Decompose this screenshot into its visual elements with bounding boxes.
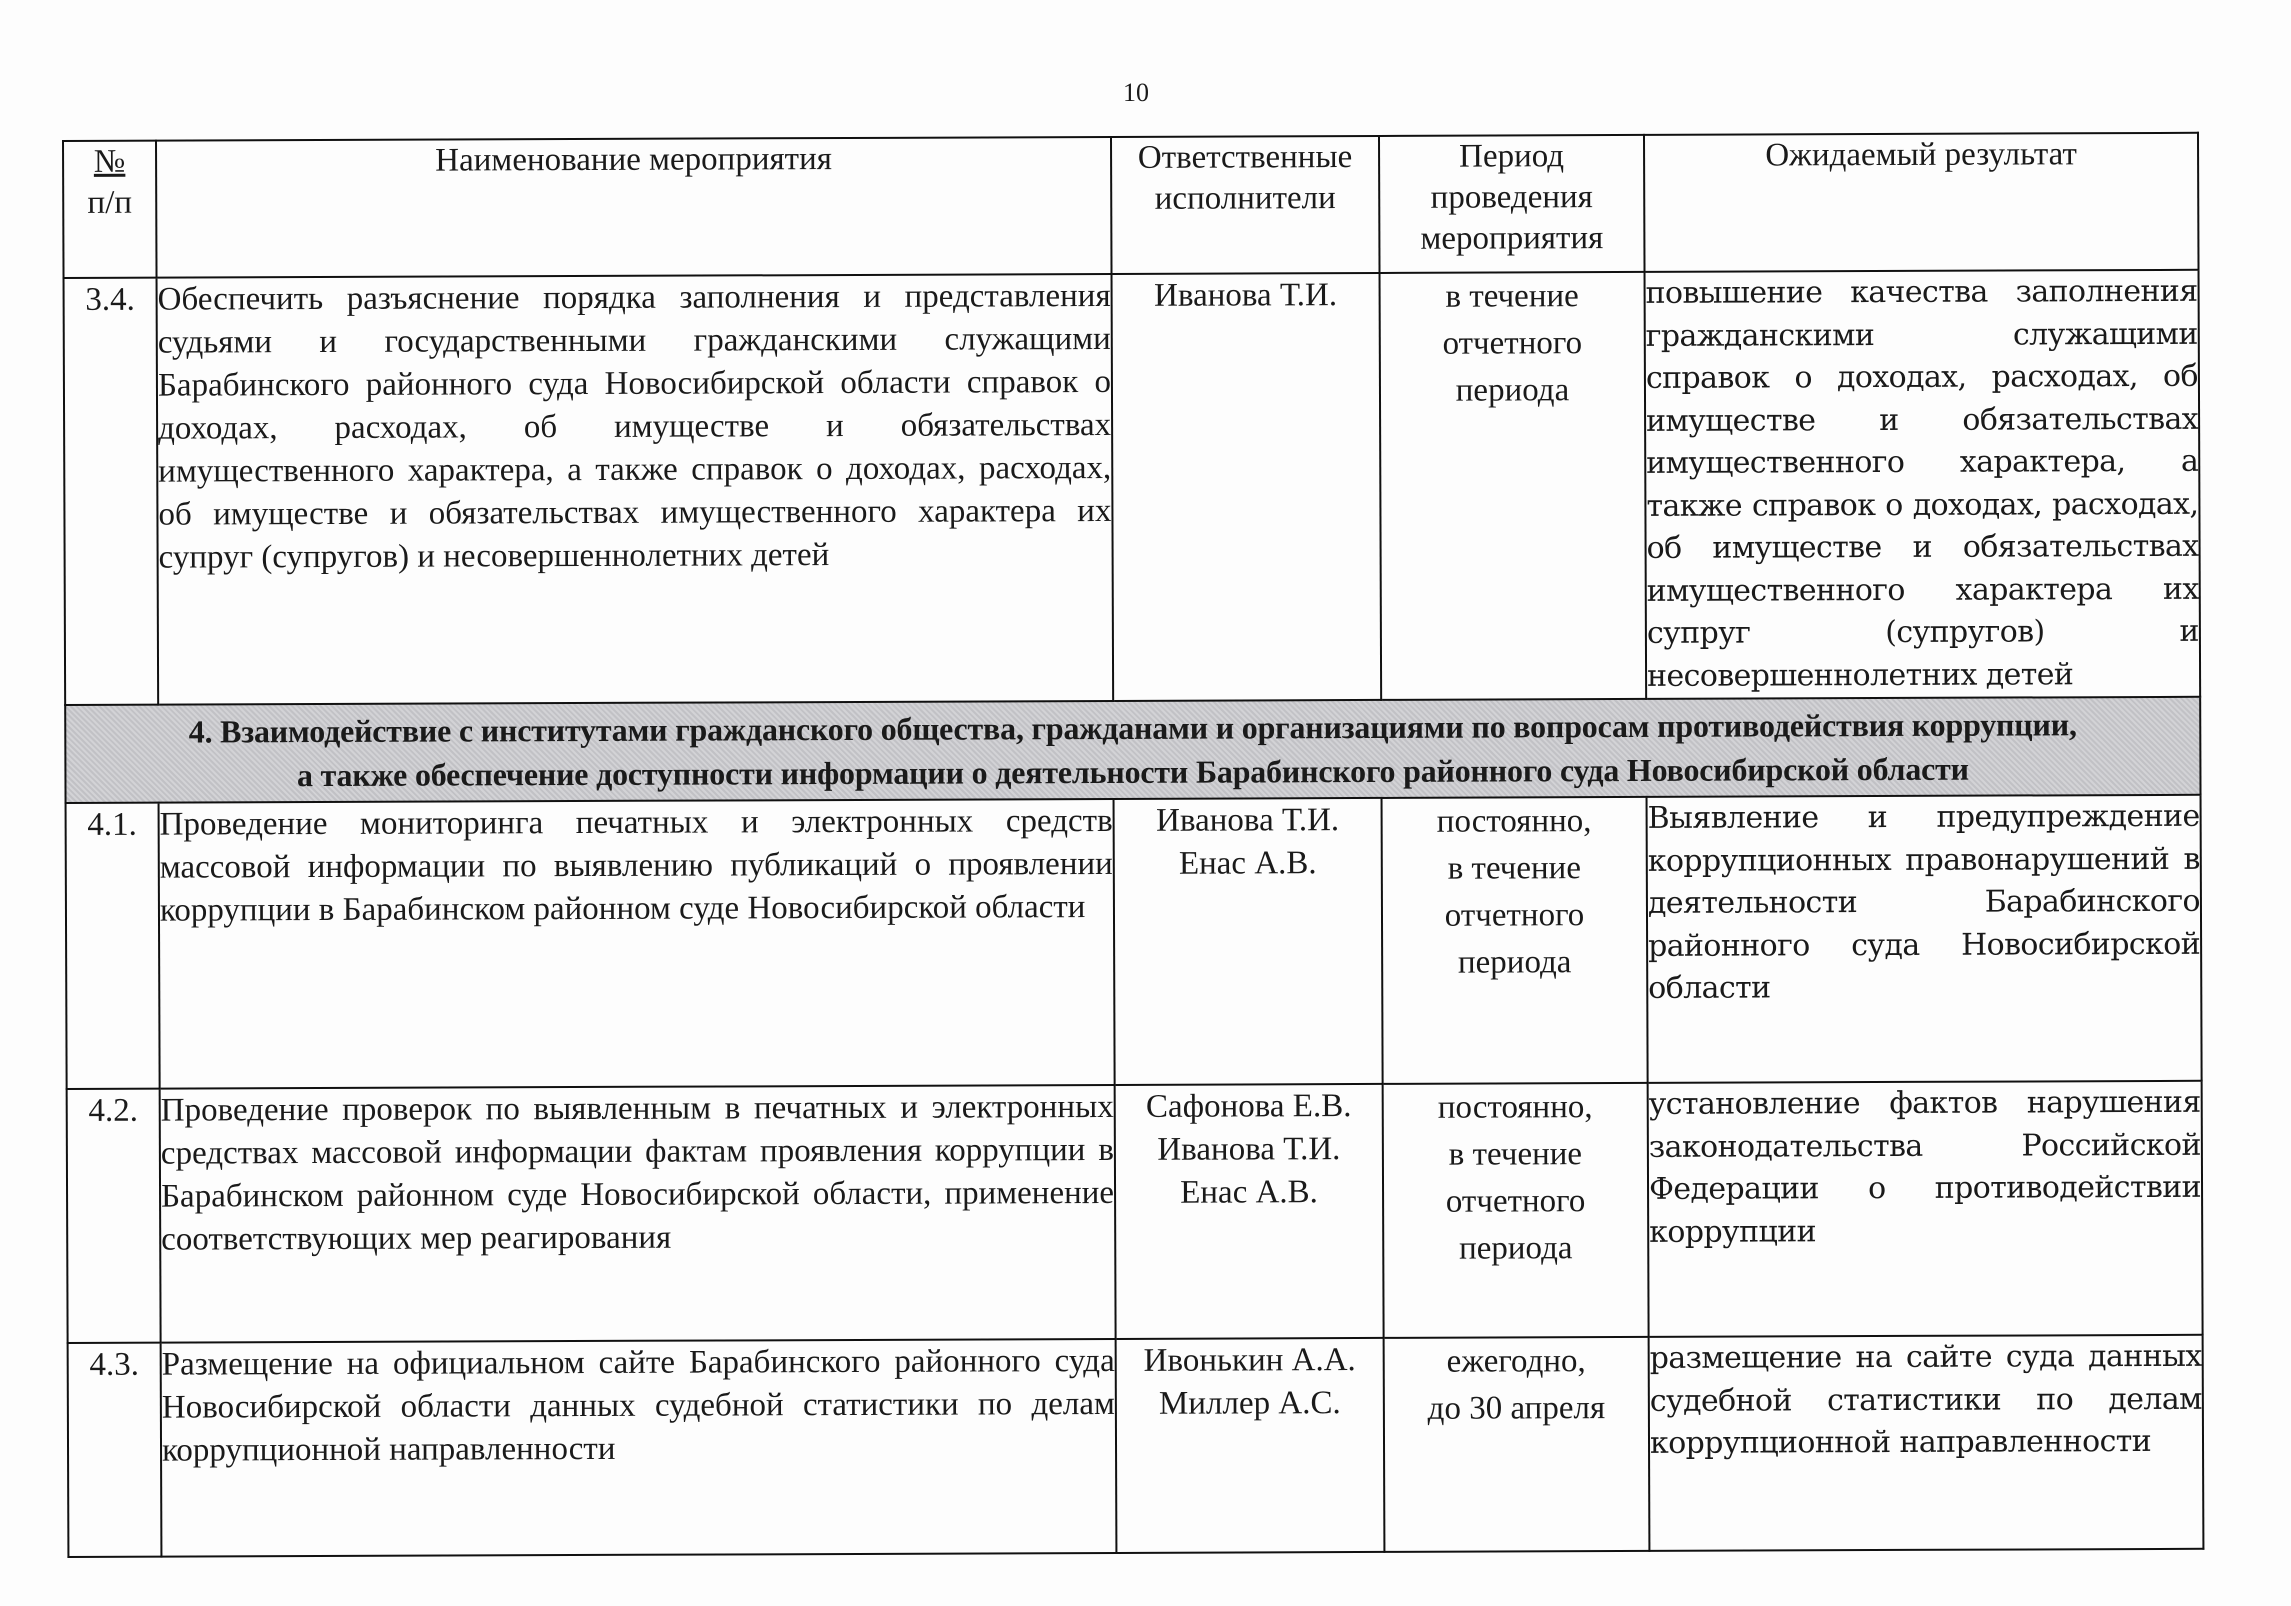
table-header-row: № п/п Наименование мероприятия Ответстве… — [63, 133, 2199, 278]
responsible-persons: Сафонова Е.В. Иванова Т.И. Енас А.В. — [1115, 1084, 1384, 1339]
anti-corruption-plan-table: № п/п Наименование мероприятия Ответстве… — [62, 132, 2204, 1558]
header-activity-name: Наименование мероприятия — [156, 137, 1112, 278]
page-number: 10 — [1116, 78, 1156, 108]
row-number: 4.3. — [68, 1343, 162, 1557]
row-number: 4.1. — [66, 803, 160, 1089]
responsible-persons: Иванова Т.И. — [1112, 273, 1382, 701]
activity-period: ежегодно, до 30 апреля — [1384, 1337, 1650, 1552]
activity-name: Размещение на официальном сайте Барабинс… — [161, 1339, 1117, 1557]
activity-name: Проведение проверок по выявленным в печа… — [160, 1085, 1116, 1343]
section-header-row: 4. Взаимодействие с институтами гражданс… — [65, 697, 2200, 803]
table-row: 4.1. Проведение мониторинга печатных и э… — [66, 795, 2202, 1089]
table-row: 4.3. Размещение на официальном сайте Бар… — [68, 1335, 2204, 1557]
responsible-persons: Ивонькин А.А. Миллер А.С. — [1116, 1338, 1385, 1553]
table-row: 3.4. Обеспечить разъяснение порядка запо… — [64, 270, 2201, 705]
header-number: № п/п — [63, 141, 157, 278]
activity-period: постоянно, в течение отчетного периода — [1383, 1083, 1649, 1338]
activity-period: в течение отчетного периода — [1380, 272, 1647, 700]
responsible-persons: Иванова Т.И. Енас А.В. — [1114, 798, 1383, 1085]
table-row: 4.2. Проведение проверок по выявленным в… — [67, 1081, 2203, 1343]
activity-name: Обеспечить разъяснение порядка заполнени… — [157, 274, 1114, 705]
expected-result: Выявление и предупреждение коррупционных… — [1647, 795, 2202, 1083]
row-number: 3.4. — [64, 278, 159, 705]
section-title: 4. Взаимодействие с институтами гражданс… — [65, 697, 2200, 803]
activity-period: постоянно, в течение отчетного периода — [1382, 797, 1648, 1084]
header-expected-result: Ожидаемый результат — [1644, 133, 2199, 272]
expected-result: размещение на сайте суда данных судебной… — [1649, 1335, 2204, 1551]
activity-name: Проведение мониторинга печатных и электр… — [159, 799, 1115, 1089]
header-period: Период проведения мероприятия — [1379, 135, 1645, 273]
expected-result: повышение качества заполнения граждански… — [1645, 270, 2201, 699]
header-responsible: Ответственные исполнители — [1111, 136, 1380, 274]
row-number: 4.2. — [67, 1089, 161, 1343]
expected-result: установление фактов нарушения законодате… — [1648, 1081, 2203, 1337]
